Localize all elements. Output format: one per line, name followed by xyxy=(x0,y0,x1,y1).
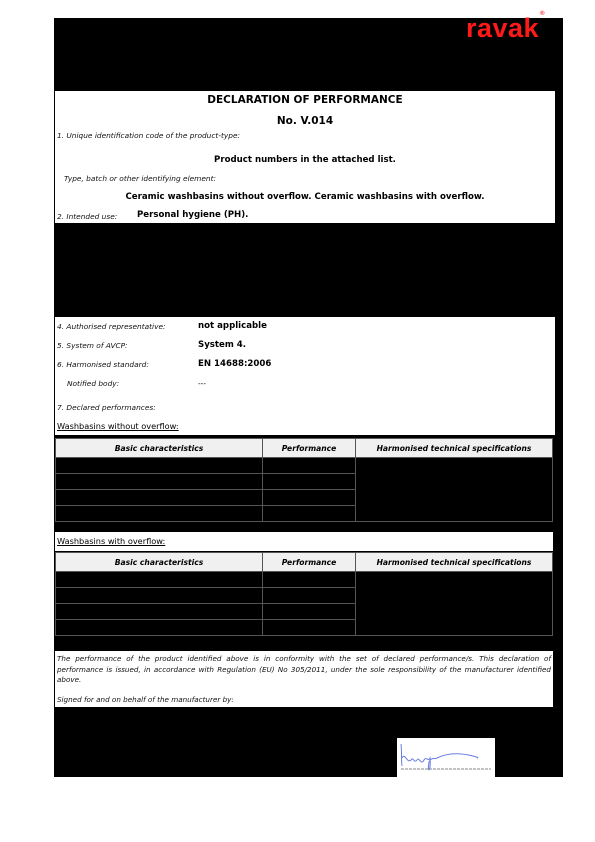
characteristic-cell: Cleanability (CA) xyxy=(56,588,263,604)
section6-label: 6. Harmonised standard: xyxy=(57,360,149,369)
registered-mark: ® xyxy=(540,11,545,17)
performance-cell: Pass xyxy=(263,620,356,636)
signed-by-label: Signed for and on behalf of the manufact… xyxy=(57,695,234,706)
performance-cell: CL 15 xyxy=(263,572,356,588)
declaration-text: The performance of the product identifie… xyxy=(57,654,551,686)
performance-cell: Pass xyxy=(263,474,356,490)
header-characteristics: Basic characteristics xyxy=(56,553,263,572)
table-header-row: Basic characteristics Performance Harmon… xyxy=(56,553,553,572)
logo-text: ravak xyxy=(466,13,539,43)
ravak-logo: ravak® xyxy=(466,12,564,40)
characteristic-cell: Durability (DA) xyxy=(56,620,263,636)
section5-value: System 4. xyxy=(198,340,246,350)
performance-cell: Pass xyxy=(263,506,356,522)
table-row: Flow rate of overflow (OF) CL 00 EN 1468… xyxy=(56,458,553,474)
specification-cell: EN 14688:2006 xyxy=(356,572,553,636)
document-title: DECLARATION OF PERFORMANCE xyxy=(55,94,555,106)
characteristic-cell: Cleanability (CA) xyxy=(56,474,263,490)
table-header-row: Basic characteristics Performance Harmon… xyxy=(56,439,553,458)
performance-cell: NPD xyxy=(263,490,356,506)
type-label: Type, batch or other identifying element… xyxy=(64,174,216,183)
signature-icon xyxy=(397,738,495,778)
section6-value: EN 14688:2006 xyxy=(198,359,271,369)
table2-caption-row: Washbasins with overflow: xyxy=(55,532,553,551)
type-value: Ceramic washbasins without overflow. Cer… xyxy=(55,192,555,202)
document-number: No. V.014 xyxy=(55,115,555,127)
table2-caption: Washbasins with overflow: xyxy=(57,536,165,546)
characteristic-cell: Flow rate of overflow (OF) xyxy=(56,572,263,588)
characteristic-cell: Load resistance (LR) xyxy=(56,490,263,506)
performance-cell: CL 00 xyxy=(263,458,356,474)
header-specifications: Harmonised technical specifications xyxy=(356,439,553,458)
notified-body-label: Notified body: xyxy=(67,379,119,388)
characteristic-cell: Load resistance (LR) xyxy=(56,604,263,620)
header-specifications: Harmonised technical specifications xyxy=(356,553,553,572)
header-section: DECLARATION OF PERFORMANCE No. V.014 1. … xyxy=(55,91,555,223)
section4-value: not applicable xyxy=(198,321,267,331)
section2-label: 2. Intended use: xyxy=(57,212,117,221)
performance-table-without-overflow: Basic characteristics Performance Harmon… xyxy=(55,438,553,522)
section1-label: 1. Unique identification code of the pro… xyxy=(57,131,240,140)
section5-label: 5. System of AVCP: xyxy=(57,341,128,350)
signature-image xyxy=(397,738,495,778)
details-section: 4. Authorised representative: not applic… xyxy=(55,317,555,435)
performance-cell: Pass xyxy=(263,588,356,604)
notified-body-value: --- xyxy=(198,379,206,388)
header-performance: Performance xyxy=(263,439,356,458)
table1-caption: Washbasins without overflow: xyxy=(57,421,179,431)
table-row: Flow rate of overflow (OF) CL 15 EN 1468… xyxy=(56,572,553,588)
characteristic-cell: Flow rate of overflow (OF) xyxy=(56,458,263,474)
section7-label: 7. Declared performances: xyxy=(57,403,156,412)
declaration-section: The performance of the product identifie… xyxy=(55,651,553,707)
section1-value: Product numbers in the attached list. xyxy=(55,155,555,165)
characteristic-cell: Durability (DA) xyxy=(56,506,263,522)
header-characteristics: Basic characteristics xyxy=(56,439,263,458)
section2-value: Personal hygiene (PH). xyxy=(137,210,248,220)
section4-label: 4. Authorised representative: xyxy=(57,322,166,331)
performance-table-with-overflow: Basic characteristics Performance Harmon… xyxy=(55,552,553,636)
header-performance: Performance xyxy=(263,553,356,572)
specification-cell: EN 14688:2006 xyxy=(356,458,553,522)
performance-cell: NPD xyxy=(263,604,356,620)
